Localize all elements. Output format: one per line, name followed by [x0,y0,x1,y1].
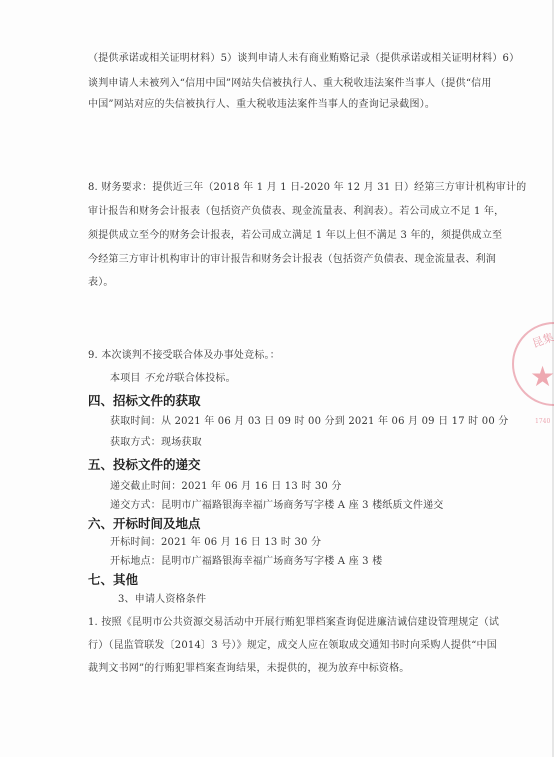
section-7-paragraph-line: 行）（昆监管联发〔2014〕3 号）》规定，成交人应在领取成交通知书时向采购人提… [88,640,497,652]
section-5-deadline: 递交截止时间：2021 年 06 月 16 日 13 时 30 分 [110,481,342,493]
item-8-line: 8. 财务要求：提供近三年（2018 年 1 月 1 日-2020 年 12 月… [88,182,526,194]
item-8-line: 表）。 [88,277,114,289]
paragraph-line: 中国”网站对应的失信被执行人、重大税收违法案件当事人的查询记录截图）。 [88,99,435,111]
section-5-heading: 五、投标文件的递交 [88,457,201,472]
section-7-heading: 七、其他 [88,572,138,587]
section-7-paragraph-line: 1. 按照《昆明市公共资源交易活动中开展行贿犯罪档案查询促进廉洁诚信建设管理规定… [88,617,499,629]
paragraph-line: （提供承诺或相关证明材料）5）谈判申请人未有商业贿赂记录（提供承诺或相关证明材料… [88,53,519,65]
paragraph-line: 谈判申请人未被列入“信用中国”网站失信被执行人、重大税收违法案件当事人（提供“信… [88,78,492,90]
section-7-subheading: 3、申请人资格条件 [118,594,206,606]
section-4-method: 获取方式：现场获取 [110,437,202,449]
section-6-time: 开标时间：2021 年 06 月 16 日 13 时 30 分 [110,537,321,549]
document-page: （提供承诺或相关证明材料）5）谈判申请人未有商业贿赂记录（提供承诺或相关证明材料… [0,0,554,757]
section-6-place: 开标地点：昆明市广福路银海幸福广场商务写字楼 A 座 3 楼 [110,556,382,568]
section-6-heading: 六、开标时间及地点 [88,516,201,531]
item-8-line: 今经第三方审计机构审计的审计报告和财务会计报表（包括资产负债表、现金流量表、利润 [88,254,496,266]
section-5-method: 递交方式：昆明市广福路银海幸福广场商务写字楼 A 座 3 楼纸质文件递交 [110,500,444,512]
item-8-line: 须提供成立至今的财务会计报表，若公司成立满足 1 年以上但不满足 3 年的，须提… [88,230,502,242]
section-4-time: 获取时间：从 2021 年 06 月 03 日 09 时 00 分到 2021 … [110,416,508,428]
stamp-number: 1740 [535,418,550,425]
item-8-line: 审计报告和财务会计报表（包括资产负债表、现金流量表、利润表）。若公司成立不足 1… [88,206,504,218]
item-9-detail: 本项目 不允许联合体投标。 [110,373,236,385]
section-4-heading: 四、招标文件的获取 [88,393,201,408]
star-icon: ★ [530,360,554,393]
section-7-paragraph-line: 裁判文书网”的行贿犯罪档案查询结果，未提供的，视为放弃中标资格。 [88,663,410,675]
item-9-title: 9. 本次谈判不接受联合体及办事处竞标。： [88,350,280,362]
